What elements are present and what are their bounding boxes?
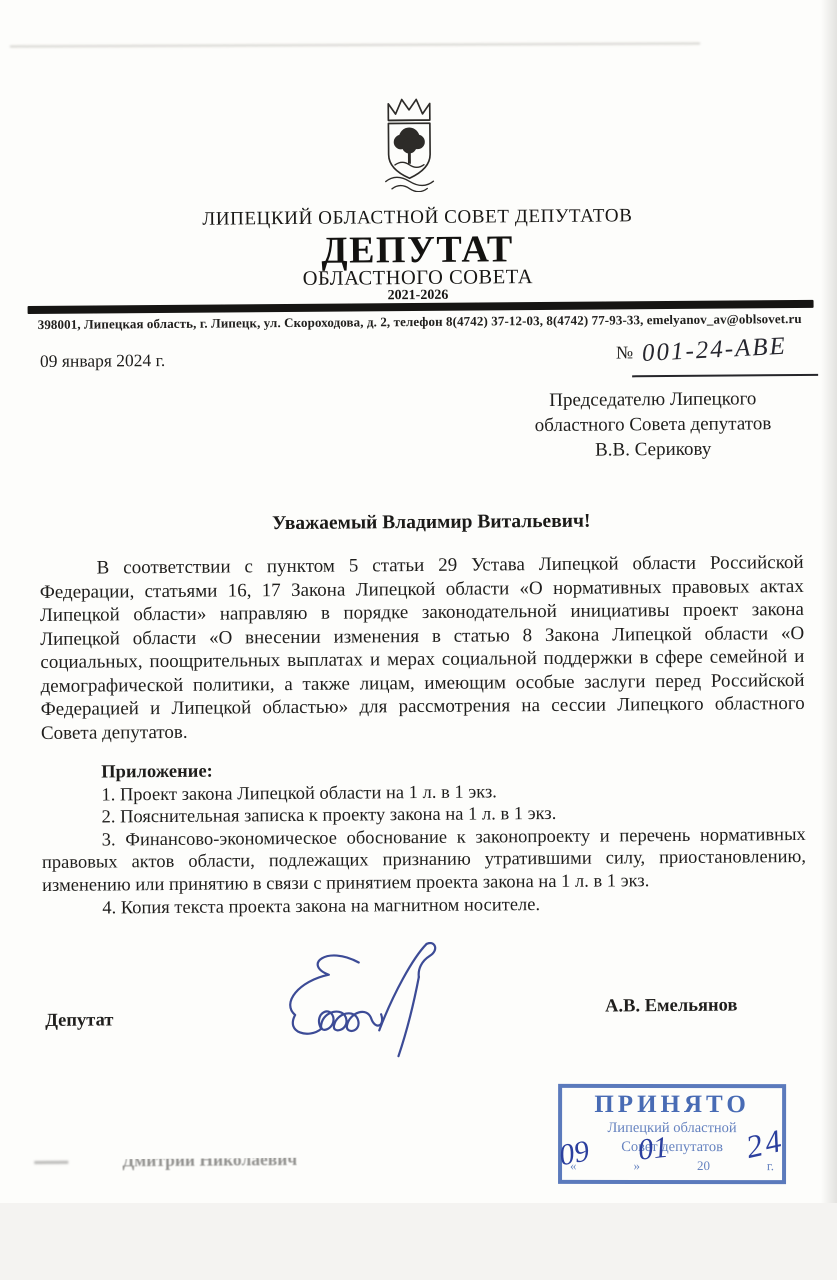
page-edge-shadow: [821, 0, 837, 1203]
handwritten-number: 001-24-АВЕ: [641, 331, 817, 368]
contact-info-line: 398001, Липецкая область, г. Липецк, ул.…: [20, 311, 820, 333]
addressee-line-3: В.В. Серикову: [506, 436, 801, 463]
attachments-section: Приложение: 1. Проект закона Липецкой об…: [41, 756, 806, 920]
stamp-year-prefix: 20: [697, 1158, 710, 1174]
scan-artifact-mark: [34, 1161, 68, 1164]
bleed-through-text: Дмитрий Николаевич: [122, 1149, 297, 1171]
body-paragraph: В соответствии с пунктом 5 статьи 29 Уст…: [40, 551, 805, 745]
addressee-line-2: областного Совета депутатов: [505, 411, 800, 438]
scanned-letter-viewport: ЛИПЕЦКИЙ ОБЛАСТНОЙ СОВЕТ ДЕПУТАТОВ ДЕПУТ…: [0, 0, 837, 1280]
stamp-handwritten-month: 01: [636, 1131, 670, 1168]
attachment-item-3: 3. Финансово-экономическое обоснование к…: [42, 824, 807, 898]
addressee-block: Председателю Липецкого областного Совета…: [505, 386, 801, 463]
addressee-line-1: Председателю Липецкого: [505, 386, 800, 413]
number-label: №: [616, 342, 633, 363]
letter-date: 09 января 2024 г.: [40, 350, 165, 372]
document-page: ЛИПЕЦКИЙ ОБЛАСТНОЙ СОВЕТ ДЕПУТАТОВ ДЕПУТ…: [0, 0, 837, 1203]
number-underline: [632, 374, 818, 377]
salutation: Уважаемый Владимир Витальевич!: [1, 509, 837, 538]
signer-position: Депутат: [45, 1010, 113, 1032]
stamp-handwritten-day: 09: [556, 1134, 592, 1173]
signer-name: А.В. Емельянов: [605, 996, 738, 1018]
lipetsk-coat-of-arms-icon: [381, 96, 438, 192]
scanner-background: [0, 1203, 837, 1280]
stamp-status-text: ПРИНЯТО: [562, 1091, 782, 1119]
scan-content: ЛИПЕЦКИЙ ОБЛАСТНОЙ СОВЕТ ДЕПУТАТОВ ДЕПУТ…: [0, 0, 837, 1206]
handwritten-signature-icon: [267, 941, 486, 1061]
